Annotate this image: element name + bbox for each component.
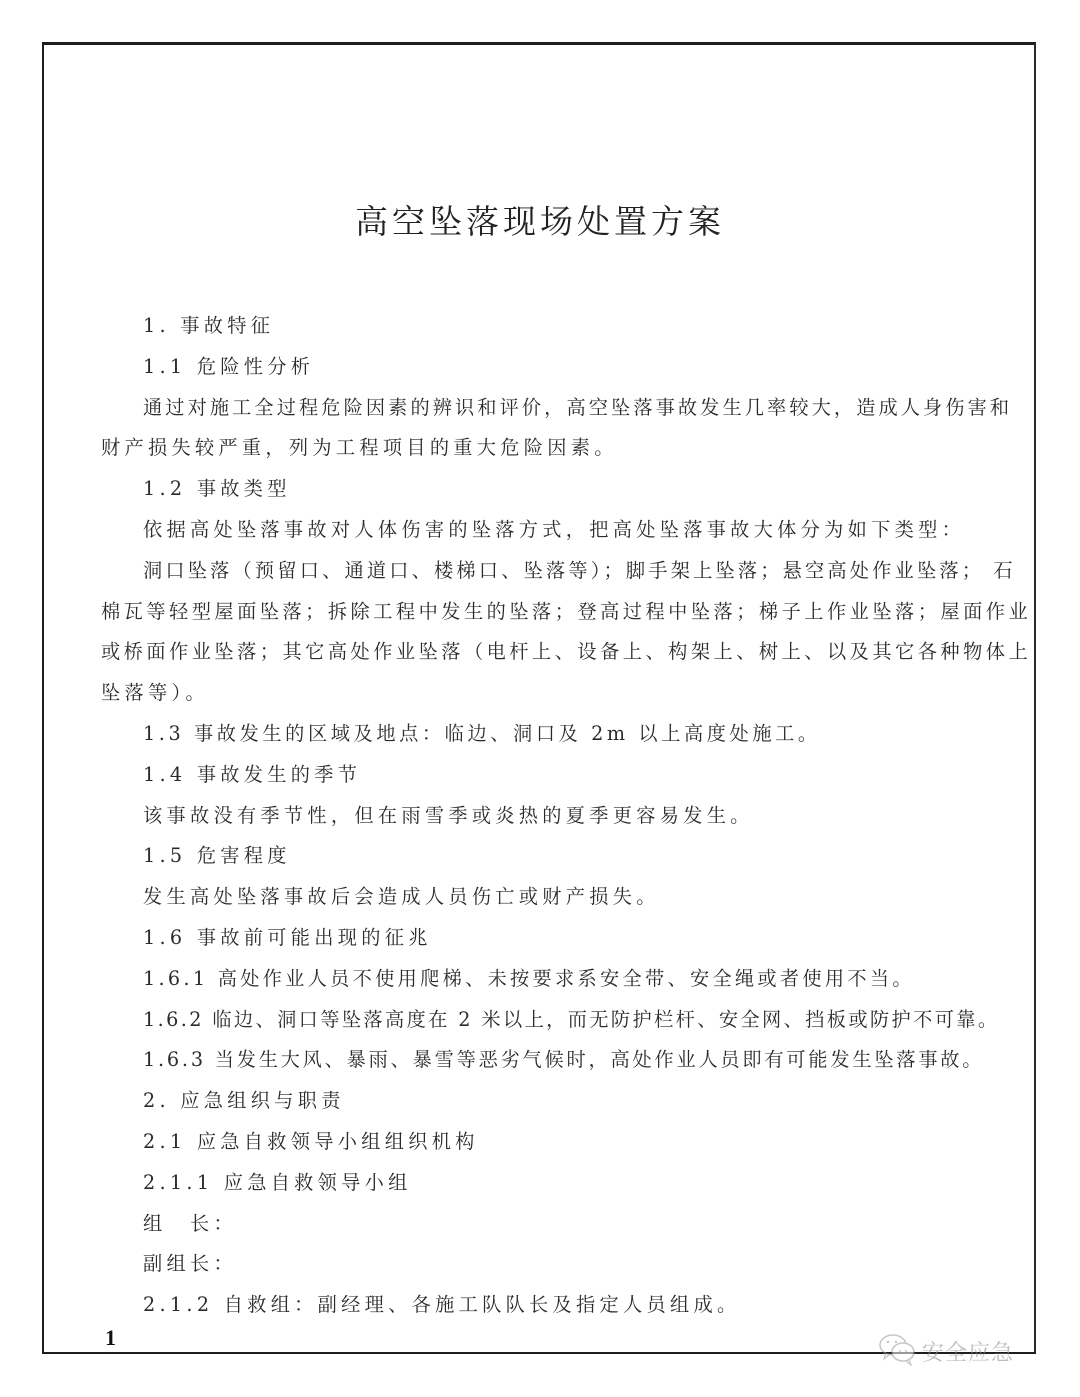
paragraph-line: 该事故没有季节性，但在雨雪季或炎热的夏季更容易发生。 (101, 796, 963, 837)
subsection-heading: 2.1 应急自救领导小组组织机构 (101, 1122, 963, 1163)
paragraph-line: 发生高处坠落事故后会造成人员伤亡或财产损失。 (101, 877, 963, 918)
subsection-heading: 1.6 事故前可能出现的征兆 (101, 918, 963, 959)
field-label-deputy-leader: 副组长： (101, 1244, 963, 1285)
field-label-leader: 组 长： (101, 1204, 963, 1245)
subsection-heading: 1.4 事故发生的季节 (101, 755, 963, 796)
watermark-text: 安全应急 (922, 1336, 1014, 1367)
list-item: 2.1.2 自救组：副经理、各施工队队长及指定人员组成。 (101, 1285, 963, 1326)
list-item: 1.6.2 临边、洞口等坠落高度在 2 米以上，而无防护栏杆、安全网、挡板或防护… (101, 1000, 963, 1041)
subsection-heading: 1.5 危害程度 (101, 836, 963, 877)
subsection-heading: 1.2 事故类型 (101, 469, 963, 510)
subsection-heading: 2.1.1 应急自救领导小组 (101, 1163, 963, 1204)
section-heading: 2. 应急组织与职责 (101, 1081, 963, 1122)
document-title: 高空坠落现场处置方案 (0, 196, 1080, 243)
list-item: 1.6.3 当发生大风、暴雨、暴雪等恶劣气候时，高处作业人员即有可能发生坠落事故… (101, 1040, 963, 1081)
paragraph-line: 通过对施工全过程危险因素的辨识和评价，高空坠落事故发生几率较大，造成人身伤害和 (101, 388, 963, 429)
subsection-heading: 1.3 事故发生的区域及地点：临边、洞口及 2m 以上高度处施工。 (101, 714, 963, 755)
paragraph-line: 洞口坠落（预留口、通道口、楼梯口、坠落等）；脚手架上坠落；悬空高处作业坠落； 石 (101, 551, 963, 592)
page-number: 1 (105, 1325, 116, 1351)
paragraph-line: 棉瓦等轻型屋面坠落；拆除工程中发生的坠落；登高过程中坠落；梯子上作业坠落；屋面作… (101, 592, 963, 633)
subsection-heading: 1.1 危险性分析 (101, 347, 963, 388)
wechat-icon (878, 1332, 918, 1370)
paragraph-line: 或桥面作业坠落；其它高处作业坠落（电杆上、设备上、构架上、树上、以及其它各种物体… (101, 632, 963, 673)
document-body: 1. 事故特征 1.1 危险性分析 通过对施工全过程危险因素的辨识和评价，高空坠… (101, 306, 963, 1326)
list-item: 1.6.1 高处作业人员不使用爬梯、未按要求系安全带、安全绳或者使用不当。 (101, 959, 963, 1000)
section-heading: 1. 事故特征 (101, 306, 963, 347)
paragraph-line: 财产损失较严重，列为工程项目的重大危险因素。 (101, 428, 963, 469)
paragraph-line: 依据高处坠落事故对人体伤害的坠落方式，把高处坠落事故大体分为如下类型： (101, 510, 963, 551)
watermark: 安全应急 (878, 1332, 1014, 1370)
paragraph-line: 坠落等）。 (101, 673, 963, 714)
